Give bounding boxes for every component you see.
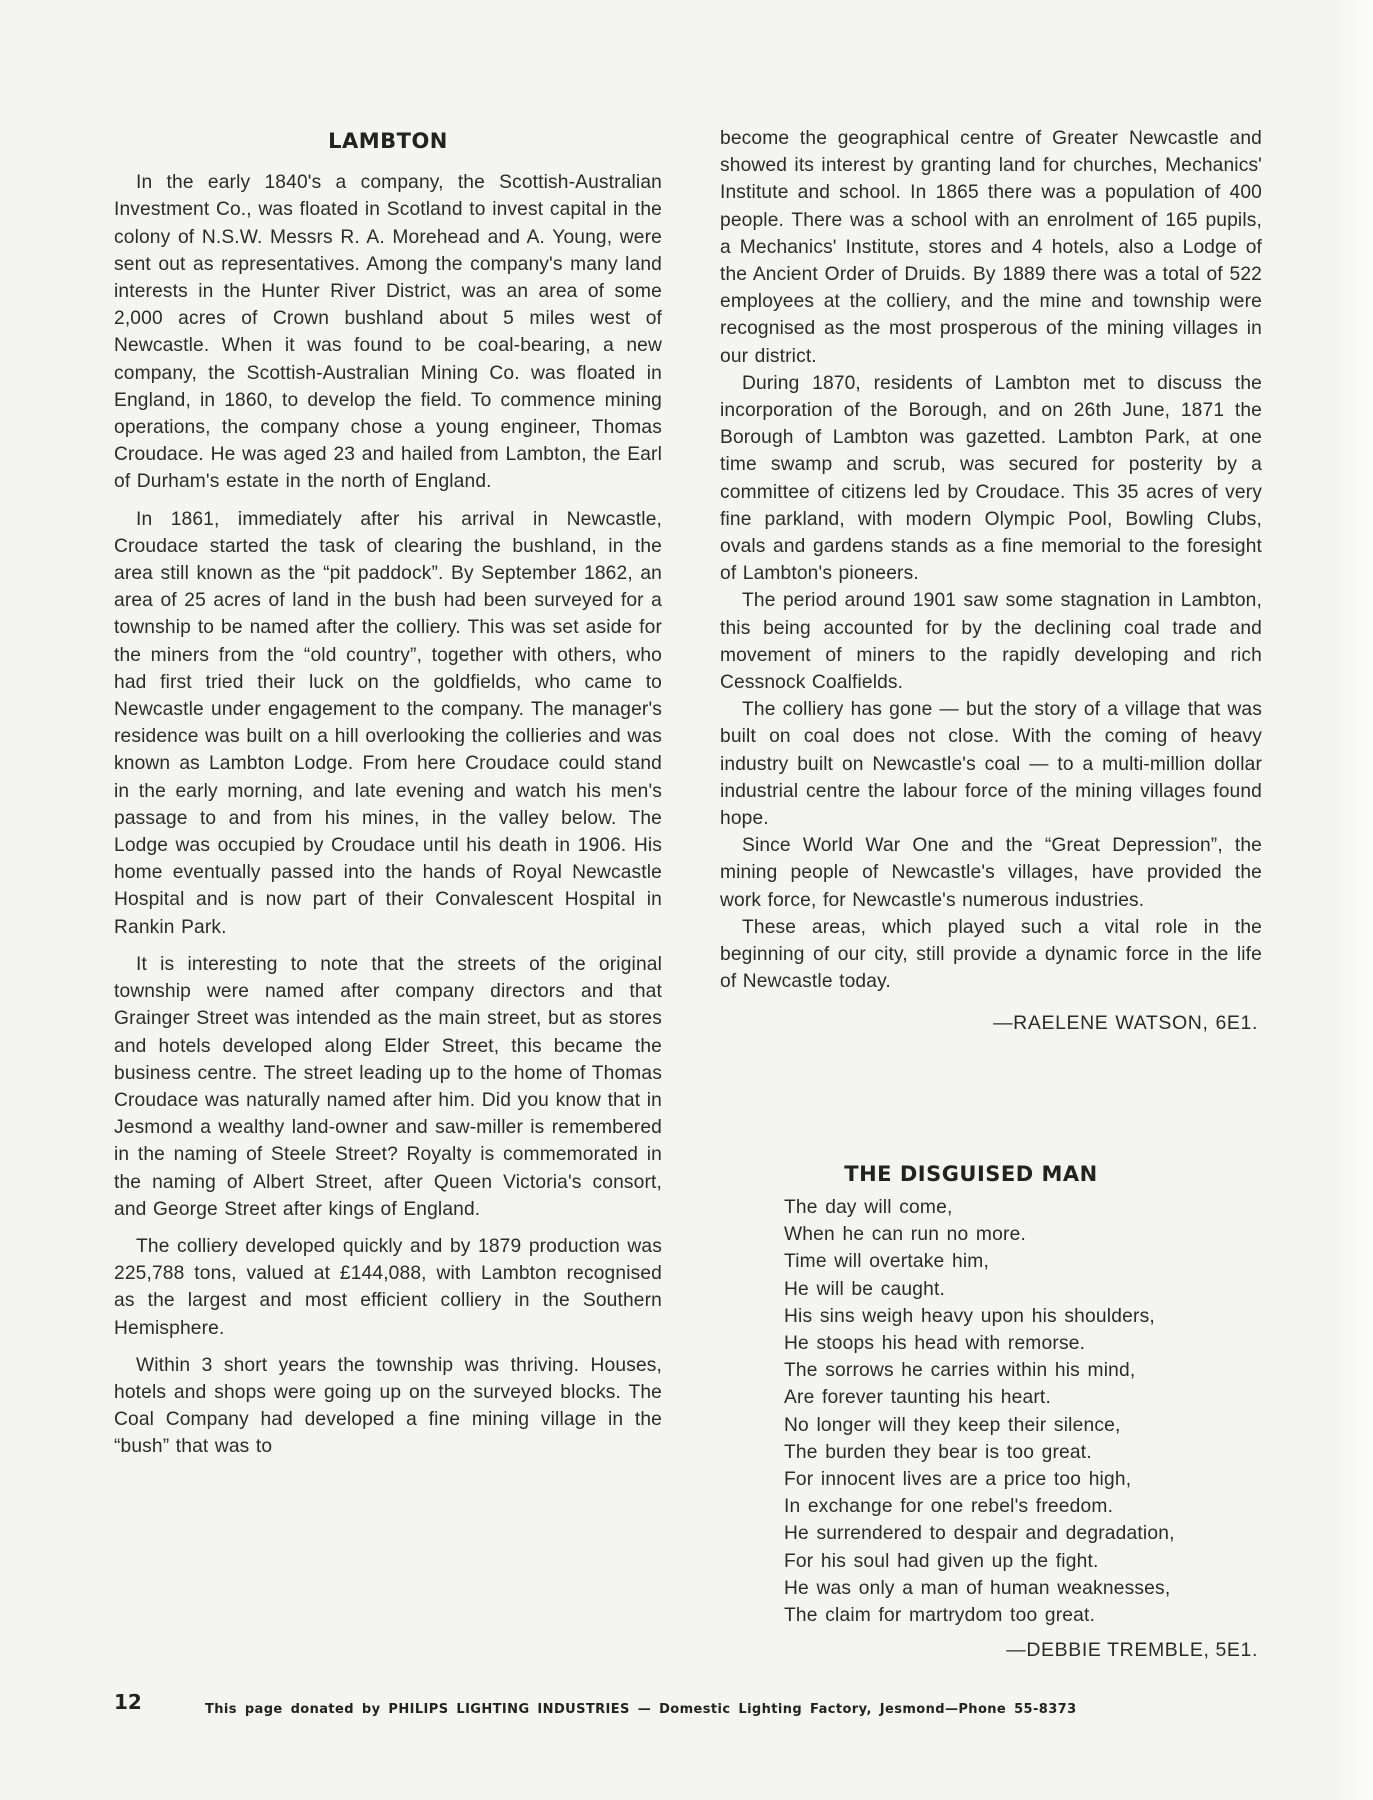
article-paragraph: In the early 1840's a company, the Scott… — [114, 169, 662, 495]
poem-line: He surrendered to despair and degradatio… — [784, 1520, 1262, 1547]
poem-line: Are forever taunting his heart. — [784, 1384, 1262, 1411]
article-paragraph: These areas, which played such a vital r… — [720, 914, 1262, 996]
poem-line: No longer will they keep their silence, — [784, 1412, 1262, 1439]
poem-line: When he can run no more. — [784, 1221, 1262, 1248]
article-paragraph: Within 3 short years the township was th… — [114, 1352, 662, 1461]
page-edge-shadow — [1333, 0, 1373, 1800]
article-paragraph: The period around 1901 saw some stagnati… — [720, 587, 1262, 696]
page-number: 12 — [114, 1690, 142, 1714]
article-paragraph: It is interesting to note that the stree… — [114, 951, 662, 1223]
poem-author: —DEBBIE TREMBLE, 5E1. — [720, 1639, 1258, 1662]
poem-line: He stoops his head with remorse. — [784, 1330, 1262, 1357]
sponsor-credit: This page donated by PHILIPS LIGHTING IN… — [205, 1702, 1077, 1717]
article-paragraph: The colliery developed quickly and by 18… — [114, 1233, 662, 1342]
article-author: —RAELENE WATSON, 6E1. — [720, 1010, 1258, 1037]
article-right-column: become the geographical centre of Greate… — [720, 125, 1262, 1037]
poem: THE DISGUISED MAN The day will come, Whe… — [720, 1162, 1262, 1662]
article-paragraph: In 1861, immediately after his arrival i… — [114, 506, 662, 941]
poem-line: His sins weigh heavy upon his shoulders, — [784, 1303, 1262, 1330]
poem-line: For his soul had given up the fight. — [784, 1548, 1262, 1575]
article-left-column: LAMBTON In the early 1840's a company, t… — [114, 128, 662, 1471]
poem-line: The claim for martrydom too great. — [784, 1602, 1262, 1629]
poem-line: The day will come, — [784, 1194, 1262, 1221]
poem-line: Time will overtake him, — [784, 1248, 1262, 1275]
article-paragraph: During 1870, residents of Lambton met to… — [720, 370, 1262, 588]
poem-line: In exchange for one rebel's freedom. — [784, 1493, 1262, 1520]
poem-line: He was only a man of human weaknesses, — [784, 1575, 1262, 1602]
article-paragraph: become the geographical centre of Greate… — [720, 125, 1262, 370]
poem-line: For innocent lives are a price too high, — [784, 1466, 1262, 1493]
poem-title: THE DISGUISED MAN — [720, 1162, 1262, 1186]
poem-lines: The day will come, When he can run no mo… — [720, 1194, 1262, 1629]
article-title: LAMBTON — [114, 128, 662, 155]
poem-line: He will be caught. — [784, 1276, 1262, 1303]
article-paragraph: The colliery has gone — but the story of… — [720, 696, 1262, 832]
article-paragraph: Since World War One and the “Great Depre… — [720, 832, 1262, 914]
poem-line: The burden they bear is too great. — [784, 1439, 1262, 1466]
poem-line: The sorrows he carries within his mind, — [784, 1357, 1262, 1384]
